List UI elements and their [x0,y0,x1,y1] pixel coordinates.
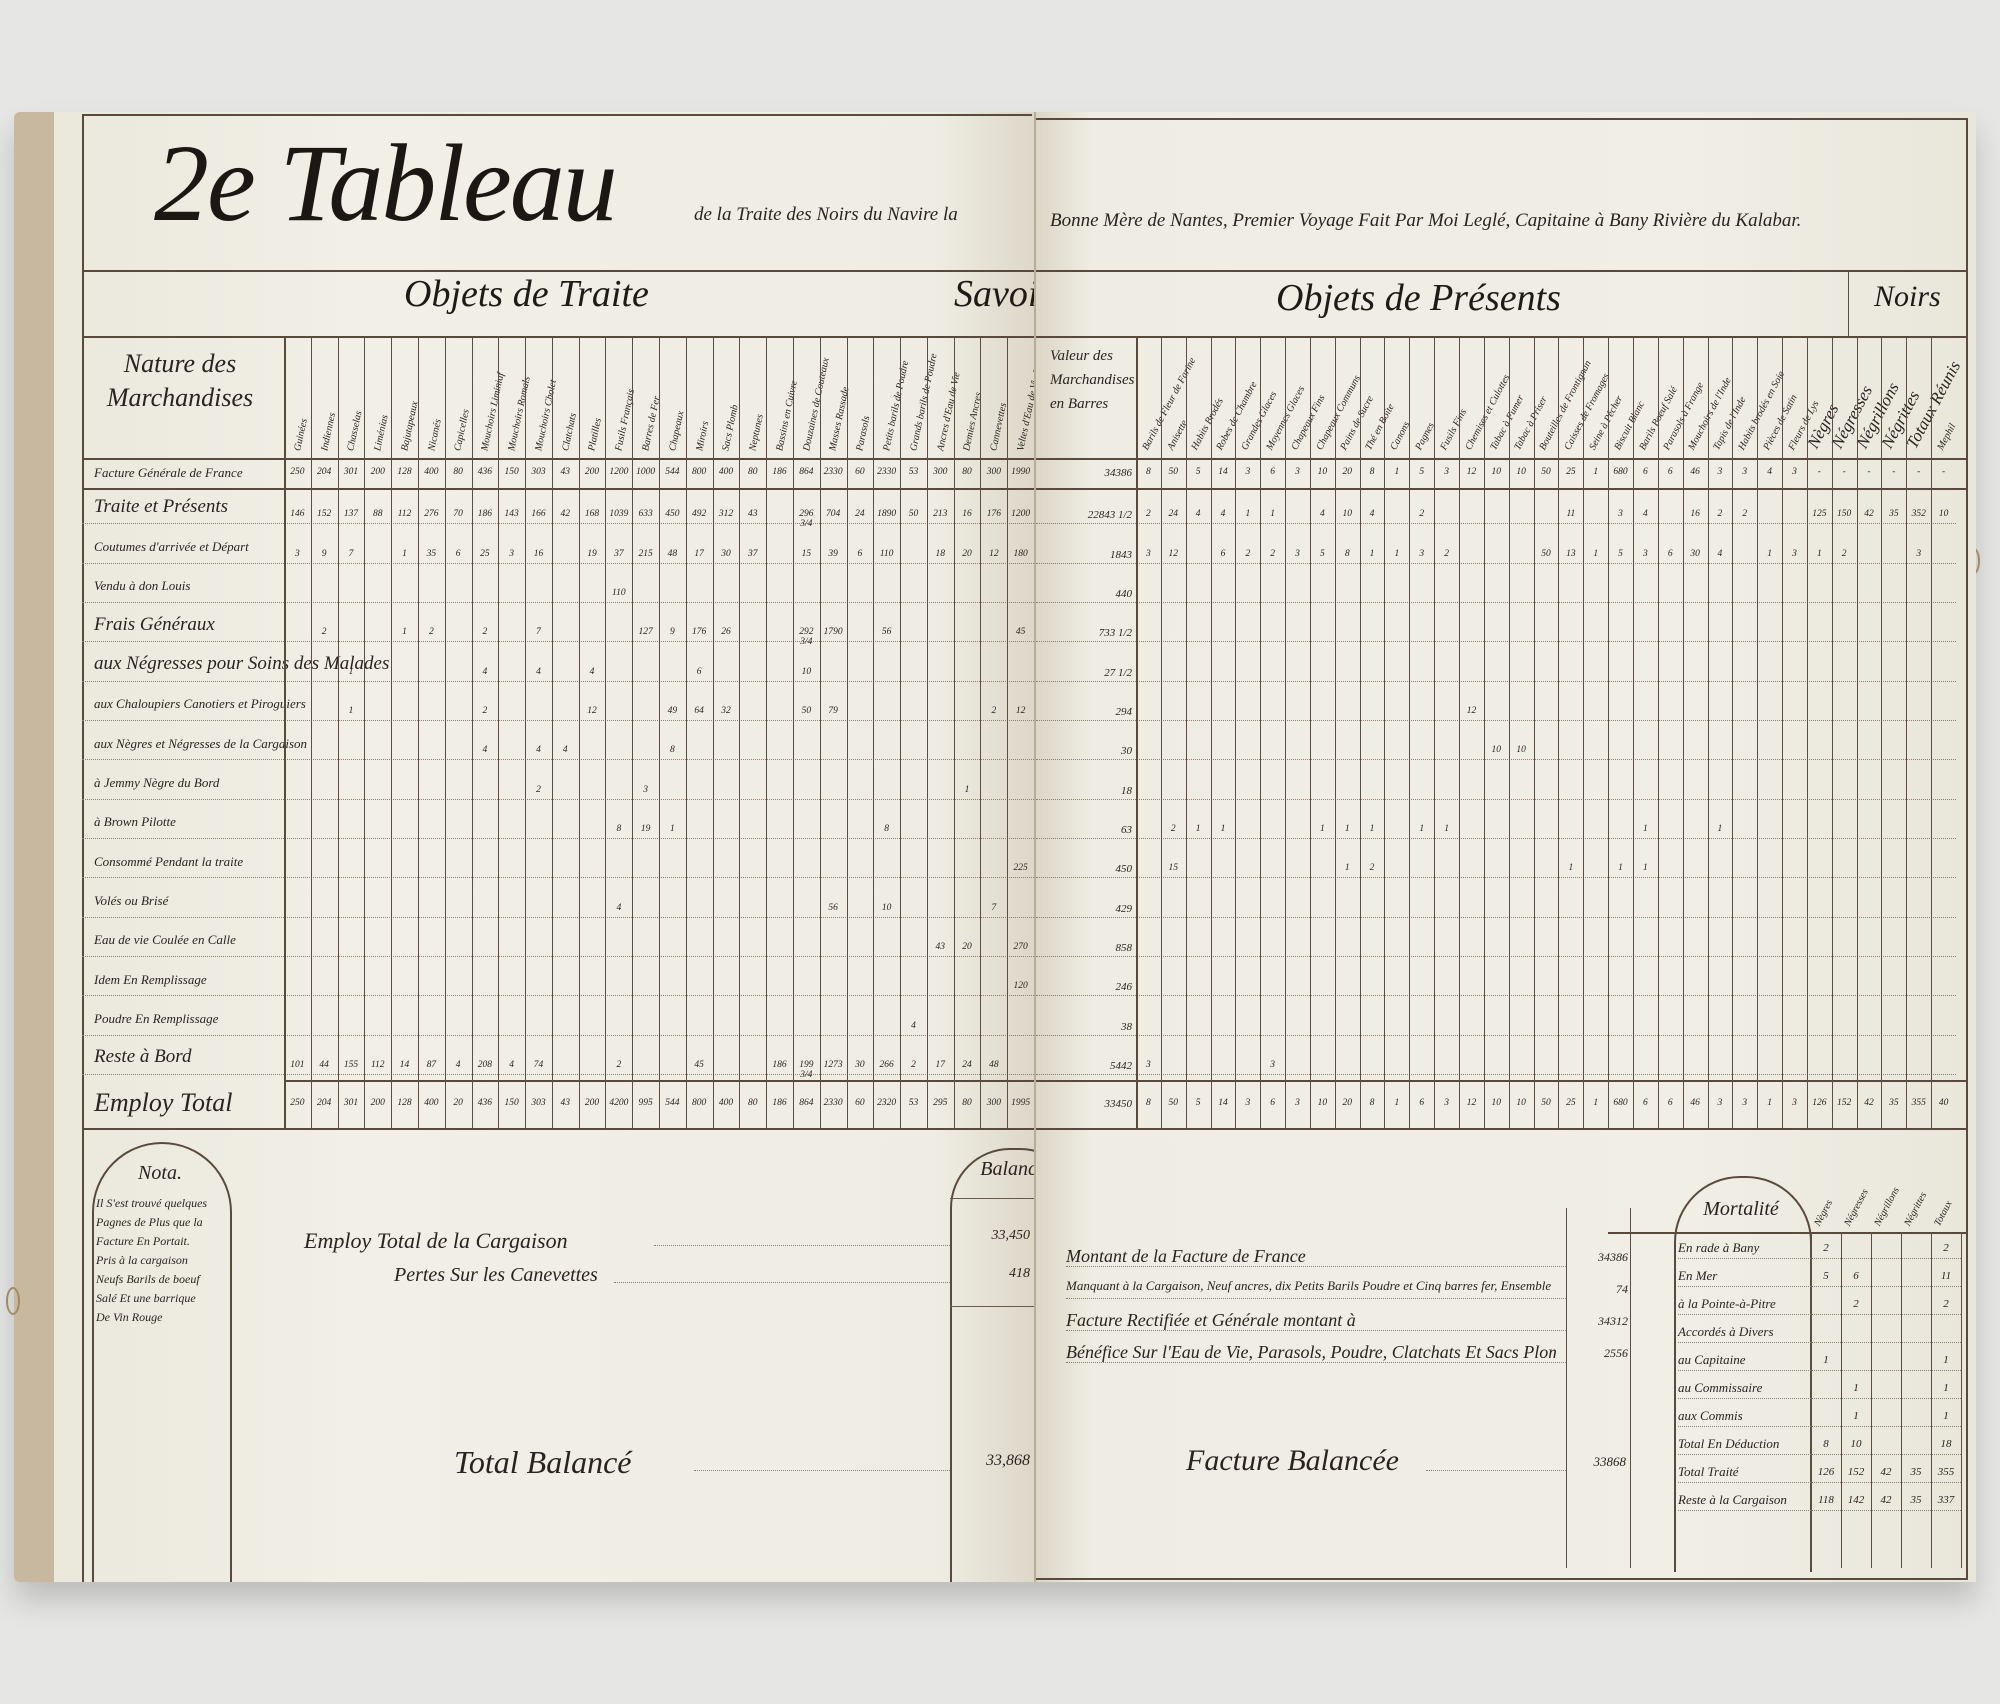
facture-cell: 1200 [605,467,632,477]
data-cell: 137 [338,509,365,519]
row-label: aux Nègres et Négresses de la Cargaison [94,736,307,752]
facture-cell: 400 [713,467,740,477]
total-cell: 3 [1732,1098,1757,1108]
data-cell: 3 [284,549,311,559]
data-cell: 110 [605,588,632,598]
row-value: 450 [1050,863,1132,875]
data-cell: 16 [954,509,981,519]
nature-header: Nature des Marchandises [90,347,270,415]
valeur-header: Valeur des Marchandises en Barres [1050,344,1130,416]
data-cell: 492 [686,509,713,519]
data-cell: 2 [1360,863,1385,873]
data-cell: 1 [1310,824,1335,834]
total-cell: 53 [900,1098,927,1108]
divider [1848,272,1849,336]
row-rule [82,1074,1034,1075]
column-header: Fusils Français [613,388,637,452]
data-cell: 74 [525,1060,552,1070]
data-cell: 2 [605,1060,632,1070]
data-cell: 3 [1260,1060,1285,1070]
column-header: Miroirs [694,420,711,452]
data-cell: 2 [472,706,499,716]
data-cell: 292 3/4 [793,627,820,647]
data-cell: 35 [418,549,445,559]
row-rule [1036,956,1956,957]
total-cell: 1 [1583,1098,1608,1108]
row-label: Poudre En Remplissage [94,1011,218,1027]
data-cell: 12 [1007,706,1034,716]
facture-cell: 1000 [632,467,659,477]
row-value: 18 [1050,785,1132,797]
data-cell: 10 [1931,509,1956,519]
data-cell: 56 [820,903,847,913]
nota-line: Facture En Portait. [96,1232,230,1251]
data-cell: 16 [1683,509,1708,519]
facture-cell: 4 [1757,467,1782,477]
mortalite-column-headers: NègresNégressesNégrillonsNégrittesTotaux [1811,1172,1961,1230]
total-cell: 3 [1235,1098,1260,1108]
column-header: Mephil [1935,422,1958,452]
data-cell: 3 [498,549,525,559]
data-cell: 10 [793,667,820,677]
data-cell: 2 [472,627,499,637]
data-cell: 4 [579,667,606,677]
left-page: 2e Tableau de la Traite des Noirs du Nav… [54,112,1036,1582]
mortalite-title: Mortalité [1674,1198,1808,1221]
data-cell: 42 [552,509,579,519]
data-cell: 12 [1459,706,1484,716]
row-value: 27 1/2 [1050,667,1132,679]
data-cell: 43 [927,942,954,952]
total-cell: 300 [980,1098,1007,1108]
column-header: Mouchoirs Cholet [533,379,559,452]
leader-dots [694,1470,950,1471]
total-cell: 436 [472,1098,499,1108]
row-rule [1036,523,1956,524]
data-cell: 17 [927,1060,954,1070]
total-cell: 20 [1335,1098,1360,1108]
data-cell: 199 3/4 [793,1060,820,1080]
data-cell: 24 [954,1060,981,1070]
total-cell: 14 [1211,1098,1236,1108]
facture-cell: 80 [954,467,981,477]
row-rule [1036,563,1956,564]
total-cell: 200 [579,1098,606,1108]
total-cell: 355 [1906,1098,1931,1108]
column-header: Bassins en Cuivre [774,379,800,452]
data-cell: 19 [632,824,659,834]
facture-value: 34386 [1056,467,1132,479]
facture-cell: 303 [525,467,552,477]
data-cell: 1039 [605,509,632,519]
data-cell: 1 [1335,824,1360,834]
facture-cell: 80 [739,467,766,477]
facture-cell: 200 [364,467,391,477]
column-header: Mouchoirs Liminiaf [479,372,506,452]
data-cell: 7 [980,903,1007,913]
total-cell: 6 [1633,1098,1658,1108]
data-cell: 352 [1906,509,1931,519]
data-cell: 50 [793,706,820,716]
total-cell: 126 [1807,1098,1832,1108]
data-cell: 26 [713,627,740,637]
total-cell: 10 [1484,1098,1509,1108]
data-cell: 152 [311,509,338,519]
leader-dots [1066,1330,1566,1331]
data-cell: 10 [1509,745,1534,755]
row-rule [82,956,1034,957]
leader-dots [1066,1298,1566,1299]
facture-cell: 3 [1732,467,1757,477]
row-label: à Brown Pilotte [94,814,176,830]
data-cell: 2 [1732,509,1757,519]
data-cell: 270 [1007,942,1034,952]
row-rule [82,838,1034,839]
data-cell: 112 [364,1060,391,1070]
nota-text: Il S'est trouvé quelquesPagnes de Plus q… [96,1194,230,1327]
total-cell: 8 [1360,1098,1385,1108]
column-header: Liménias [372,414,390,452]
total-cell: 6 [1658,1098,1683,1108]
row-value: 246 [1050,981,1132,993]
balance-line-label: Pertes Sur les Canevettes [394,1264,598,1287]
column-header: Neptunes [747,413,765,452]
data-cell: 1 [1558,863,1583,873]
data-cell: 17 [686,549,713,559]
data-cell: 312 [713,509,740,519]
balance-line-value: 418 [954,1266,1030,1282]
mortalite-row-label: En rade à Bany [1678,1240,1759,1256]
total-cell: 25 [1558,1098,1583,1108]
divider [1931,1232,1932,1568]
column-header: Douzaines de Couteaux [801,357,832,452]
leader-dots [654,1245,950,1246]
facture-cell: 8 [1360,467,1385,477]
total-cell: 995 [632,1098,659,1108]
balance-line-value: 33,450 [954,1228,1030,1244]
column-header: Bajutapeaux [399,400,420,452]
facture-label: Facture Générale de France [94,465,243,481]
mortalite-row-label: aux Commis [1678,1408,1743,1424]
data-cell: 48 [980,1060,1007,1070]
facture-cell: 186 [766,467,793,477]
nota-line: Neufs Barils de boeuf [96,1270,230,1289]
right-page: Bonne Mère de Nantes, Premier Voyage Fai… [1036,112,1976,1582]
summary-line-value: 34386 [1572,1250,1628,1265]
data-cell: 186 [766,1060,793,1070]
data-cell: 35 [1881,509,1906,519]
mortalite-column-header: Négrittes [1902,1190,1929,1228]
mortalite-row-label: Total Traité [1678,1464,1739,1480]
data-cell: 20 [954,549,981,559]
data-cell: 10 [873,903,900,913]
facture-row: Facture Générale de France25020430120012… [82,458,1034,488]
divider [82,1128,1034,1130]
total-cell: 60 [847,1098,874,1108]
column-header: Canons [1388,420,1412,452]
data-cell: 13 [1558,549,1583,559]
row-label: Eau de vie Coulée en Calle [94,932,236,948]
left-column-headers: GuinéesIndiennesChasselasLiméniasBajutap… [284,338,1034,458]
row-value: 858 [1050,942,1132,954]
mortalite-column-header: Négresses [1842,1187,1871,1228]
column-header: Pagnes [1413,421,1437,452]
data-cell: 30 [847,1060,874,1070]
divider [1841,1232,1842,1568]
total-cell: 2330 [820,1098,847,1108]
divider [1961,1232,1962,1568]
section-savoir: Savoir [954,272,1036,316]
right-data-rows: 22843 1/22244411410421134162212515042353… [1036,490,1966,1080]
total-cell: 128 [391,1098,418,1108]
data-cell: 15 [1161,863,1186,873]
data-cell: 12 [579,706,606,716]
balance-header: Balance [950,1158,1036,1181]
facture-cell: 60 [847,467,874,477]
total-cell: 301 [338,1098,365,1108]
mortalite-grid [1811,1232,1961,1568]
facture-cell: 2330 [820,467,847,477]
summary-line: Bénéfice Sur l'Eau de Vie, Parasols, Pou… [1066,1338,1636,1370]
facture-cell: 436 [472,467,499,477]
total-cell: 1 [1757,1098,1782,1108]
data-cell: 6 [1658,549,1683,559]
total-cell: 46 [1683,1098,1708,1108]
row-rule [1036,917,1956,918]
mortalite-column-header: Négrillons [1872,1186,1902,1228]
data-cell: 48 [659,549,686,559]
column-header: Grands barils de Poudre [908,353,939,452]
total-cell: 303 [525,1098,552,1108]
data-cell: 8 [605,824,632,834]
data-cell: 6 [1211,549,1236,559]
facture-cell: 46 [1683,467,1708,477]
right-column-headers: Barils de Fleur de FarineAnisetteHabits … [1136,338,1956,458]
summary-line-value: 74 [1572,1282,1628,1297]
data-cell: 5 [1310,549,1335,559]
data-cell: 1 [1633,824,1658,834]
facture-cell: 544 [659,467,686,477]
data-cell: 2 [980,706,1007,716]
data-cell: 8 [873,824,900,834]
data-cell: 9 [659,627,686,637]
data-cell: 1 [1757,549,1782,559]
data-cell: 1 [1708,824,1733,834]
data-cell: 1 [1608,863,1633,873]
data-cell: 6 [686,667,713,677]
data-cell: 4 [605,903,632,913]
total-cell: 250 [284,1098,311,1108]
total-cell: 544 [659,1098,686,1108]
data-cell: 12 [980,549,1007,559]
data-cell: 7 [525,627,552,637]
data-cell: 4 [1186,509,1211,519]
nota-line: Pris à la cargaison [96,1251,230,1270]
data-cell: 49 [659,706,686,716]
column-header: Chasselas [346,410,365,452]
data-cell: 704 [820,509,847,519]
summary-line: Facture Rectifiée et Générale montant à3… [1066,1306,1636,1338]
data-cell: 10 [1484,745,1509,755]
facture-cell: 204 [311,467,338,477]
facture-cell: - [1807,467,1832,477]
data-cell: 15 [793,549,820,559]
divider [1871,1232,1872,1568]
data-cell: 1 [1633,863,1658,873]
facture-cell: 3 [1235,467,1260,477]
summary-line-value: 34312 [1572,1314,1628,1329]
data-cell: 8 [1335,549,1360,559]
data-cell: 25 [472,549,499,559]
summary-line-label: Manquant à la Cargaison, Neuf ancres, di… [1066,1278,1551,1294]
column-header: Capicelles [453,408,473,452]
summary-line: Manquant à la Cargaison, Neuf ancres, di… [1066,1274,1636,1306]
data-cell: 168 [579,509,606,519]
data-cell: 9 [311,549,338,559]
data-cell: 11 [1558,509,1583,519]
total-cell: 3 [1434,1098,1459,1108]
section-noirs: Noirs [1874,280,1941,314]
row-rule [82,523,1034,524]
data-cell: 225 [1007,863,1034,873]
column-header: Chapeaux [667,410,686,452]
data-cell: 3 [1633,549,1658,559]
row-value: 63 [1050,824,1132,836]
data-cell: 1 [1335,863,1360,873]
total-cell: 4200 [605,1098,632,1108]
right-total-row: 3345085051436310208163121010502516806646… [1036,1082,1966,1126]
facture-cell: 680 [1608,467,1633,477]
summary-line-value: 2556 [1572,1346,1628,1361]
data-cell: 1 [1186,824,1211,834]
facture-balancee-value: 33868 [1570,1454,1626,1470]
data-cell: 3 [1136,1060,1161,1070]
total-cell: 50 [1534,1098,1559,1108]
row-label: Coutumes d'arrivée et Départ [94,539,249,555]
data-cell: 112 [391,509,418,519]
data-cell: 37 [739,549,766,559]
data-cell: 296 3/4 [793,509,820,529]
total-cell: 3 [1285,1098,1310,1108]
data-cell: 3 [1409,549,1434,559]
data-cell: 3 [632,785,659,795]
data-cell: 110 [873,549,900,559]
data-cell: 2 [1434,549,1459,559]
mortalite-row-label: En Mer [1678,1268,1717,1284]
total-cell: 42 [1857,1098,1882,1108]
data-cell: 2 [525,785,552,795]
row-rule [82,917,1034,918]
data-cell: 2 [1161,824,1186,834]
leader-dots [1066,1266,1566,1267]
facture-cell: 3 [1782,467,1807,477]
row-rule [1036,877,1956,878]
total-cell: 80 [739,1098,766,1108]
data-cell: 3 [1782,549,1807,559]
row-rule [82,995,1034,996]
data-cell: 176 [686,627,713,637]
row-value: 733 1/2 [1050,627,1132,639]
column-header: Cannevettes [988,402,1009,452]
total-cell: 80 [954,1098,981,1108]
total-cell: 1 [1384,1098,1409,1108]
data-cell: 4 [525,745,552,755]
divider [950,1198,1034,1199]
facture-cell: 8 [1136,467,1161,477]
facture-cell: - [1881,467,1906,477]
total-cell: 35 [1881,1098,1906,1108]
facture-cell: 50 [1161,467,1186,477]
total-cell: 680 [1608,1098,1633,1108]
data-cell: 70 [445,509,472,519]
row-label: Consommé Pendant la traite [94,854,243,870]
data-cell: 2 [311,627,338,637]
facture-cell: 80 [445,467,472,477]
row-rule [1036,641,1956,642]
binding-string-icon [6,1287,20,1315]
data-cell: 213 [927,509,954,519]
data-cell: 45 [686,1060,713,1070]
data-cell: 2 [1409,509,1434,519]
data-cell: 24 [1161,509,1186,519]
data-cell: 166 [525,509,552,519]
total-cell: 152 [1832,1098,1857,1108]
section-objets-de-presents: Objets de Présents [1276,276,1561,320]
summary-line-label: Montant de la Facture de France [1066,1246,1306,1267]
leader-dots [1426,1470,1566,1471]
row-rule [1036,759,1956,760]
balance-line-label: Employ Total de la Cargaison [304,1228,568,1254]
data-cell: 19 [579,549,606,559]
column-header: Barres de Fer [640,395,662,452]
summary-line: Montant de la Facture de France34386 [1066,1242,1636,1274]
facture-balancee-label: Facture Balancée [1186,1444,1399,1478]
total-cell: 10 [1509,1098,1534,1108]
mortalite-row-label: Reste à la Cargaison [1678,1492,1787,1508]
total-cell: 864 [793,1098,820,1108]
total-cell: 800 [686,1098,713,1108]
data-cell: 37 [605,549,632,559]
data-cell: 44 [311,1060,338,1070]
facture-cell: 1990 [1007,467,1034,477]
nota-line: De Vin Rouge [96,1308,230,1327]
facture-cell: 150 [498,467,525,477]
mortalite-column-header: Totaux [1932,1199,1954,1228]
total-balance-value: 33,868 [954,1452,1030,1470]
mortalite-row-label: au Commissaire [1678,1380,1762,1396]
facture-cell: 43 [552,467,579,477]
facture-cell: 3 [1434,467,1459,477]
data-cell: 150 [1832,509,1857,519]
data-cell: 1 [954,785,981,795]
column-header: Platilles [587,417,605,452]
data-cell: 4 [525,667,552,677]
total-cell: 2320 [873,1098,900,1108]
row-label: Vendu à don Louis [94,578,190,594]
data-cell: 2 [1832,549,1857,559]
data-cell: 2 [1260,549,1285,559]
row-rule [82,720,1034,721]
mortalite-row-label: Accordés à Divers [1678,1324,1774,1340]
data-cell: 50 [900,509,927,519]
nota-line: Salé Et une barrique [96,1289,230,1308]
column-header: Petits barils de Poudre [881,360,911,452]
divider [1036,270,1966,272]
data-cell: 6 [445,549,472,559]
data-cell: 10 [1335,509,1360,519]
data-cell: 45 [1007,627,1034,637]
facture-cell: 2330 [873,467,900,477]
